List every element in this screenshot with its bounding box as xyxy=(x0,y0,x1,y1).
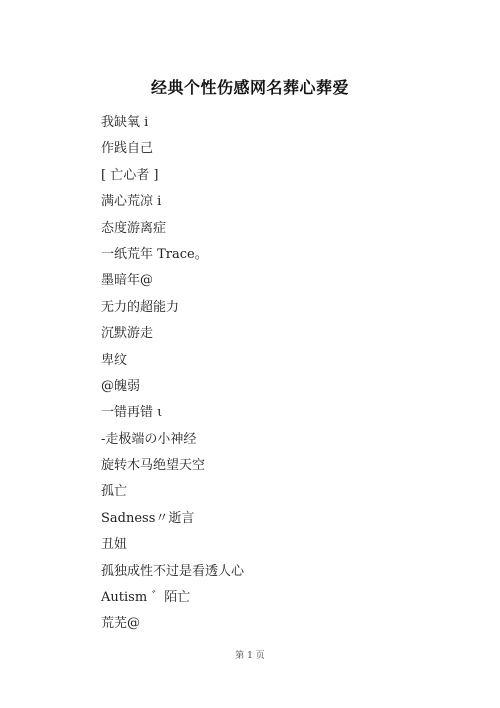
list-item: 作践自己 xyxy=(101,138,244,164)
list-item: 孤独成性不过是看透人心 xyxy=(101,561,244,587)
list-item: @魄弱 xyxy=(101,376,244,402)
document-page: 经典个性伤感网名葬心葬爱 我缺氧 i 作践自己 [ 亡心者 ] 满心荒凉 i 态… xyxy=(0,0,500,708)
list-item: [ 亡心者 ] xyxy=(101,165,244,191)
list-item: 一纸荒年 Trace。 xyxy=(101,244,244,270)
list-item: 孤亡 xyxy=(101,481,244,507)
list-item: 卑纹 xyxy=(101,350,244,376)
list-item: Sadness〃逝言 xyxy=(101,508,244,534)
list-item: -走极端の小神经 xyxy=(101,429,244,455)
list-item: 墨暗年@ xyxy=(101,270,244,296)
list-item: 满心荒凉 i xyxy=(101,191,244,217)
list-item: 我缺氧 i xyxy=(101,112,244,138)
list-item: 旋转木马绝望天空 xyxy=(101,455,244,481)
list-item: 一错再错 ι xyxy=(101,402,244,428)
list-item: 沉默游走 xyxy=(101,323,244,349)
list-item: Autism ゛陌亡 xyxy=(101,587,244,613)
list-item: 态度游离症 xyxy=(101,218,244,244)
list-item: 无力的超能力 xyxy=(101,297,244,323)
page-number: 第 1 页 xyxy=(0,648,500,661)
document-title: 经典个性伤感网名葬心葬爱 xyxy=(0,75,500,98)
list-item: 荒芜@ xyxy=(101,613,244,639)
nickname-list: 我缺氧 i 作践自己 [ 亡心者 ] 满心荒凉 i 态度游离症 一纸荒年 Tra… xyxy=(101,112,244,640)
list-item: 丑妞 xyxy=(101,534,244,560)
